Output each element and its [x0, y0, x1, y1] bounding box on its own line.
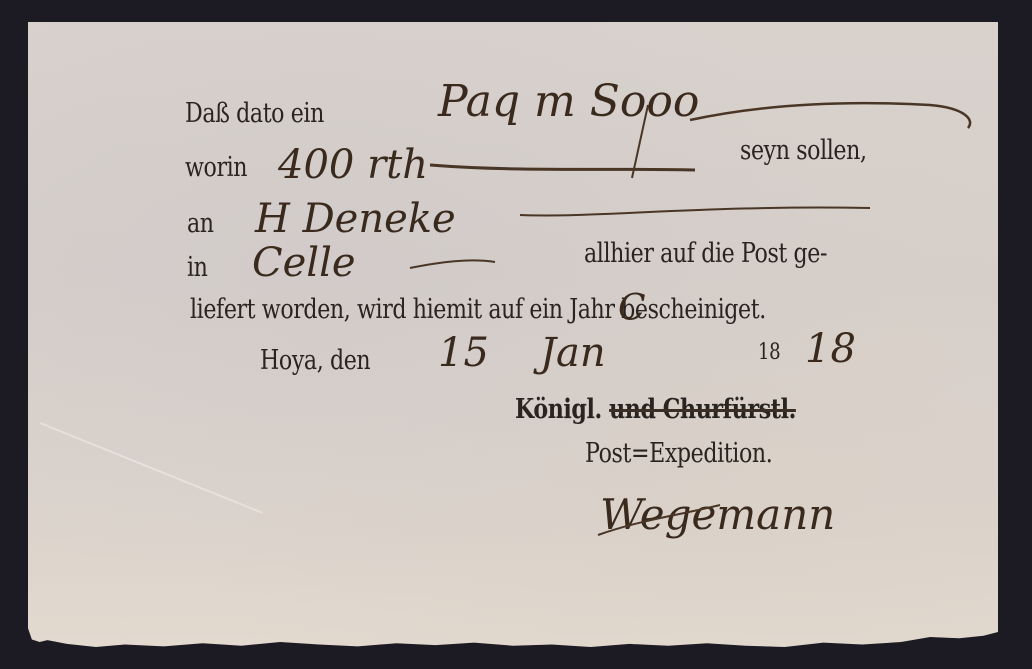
- pen-strokes: [0, 0, 1032, 669]
- scan-background: Daß dato ein worin seyn sollen, an in al…: [0, 0, 1032, 669]
